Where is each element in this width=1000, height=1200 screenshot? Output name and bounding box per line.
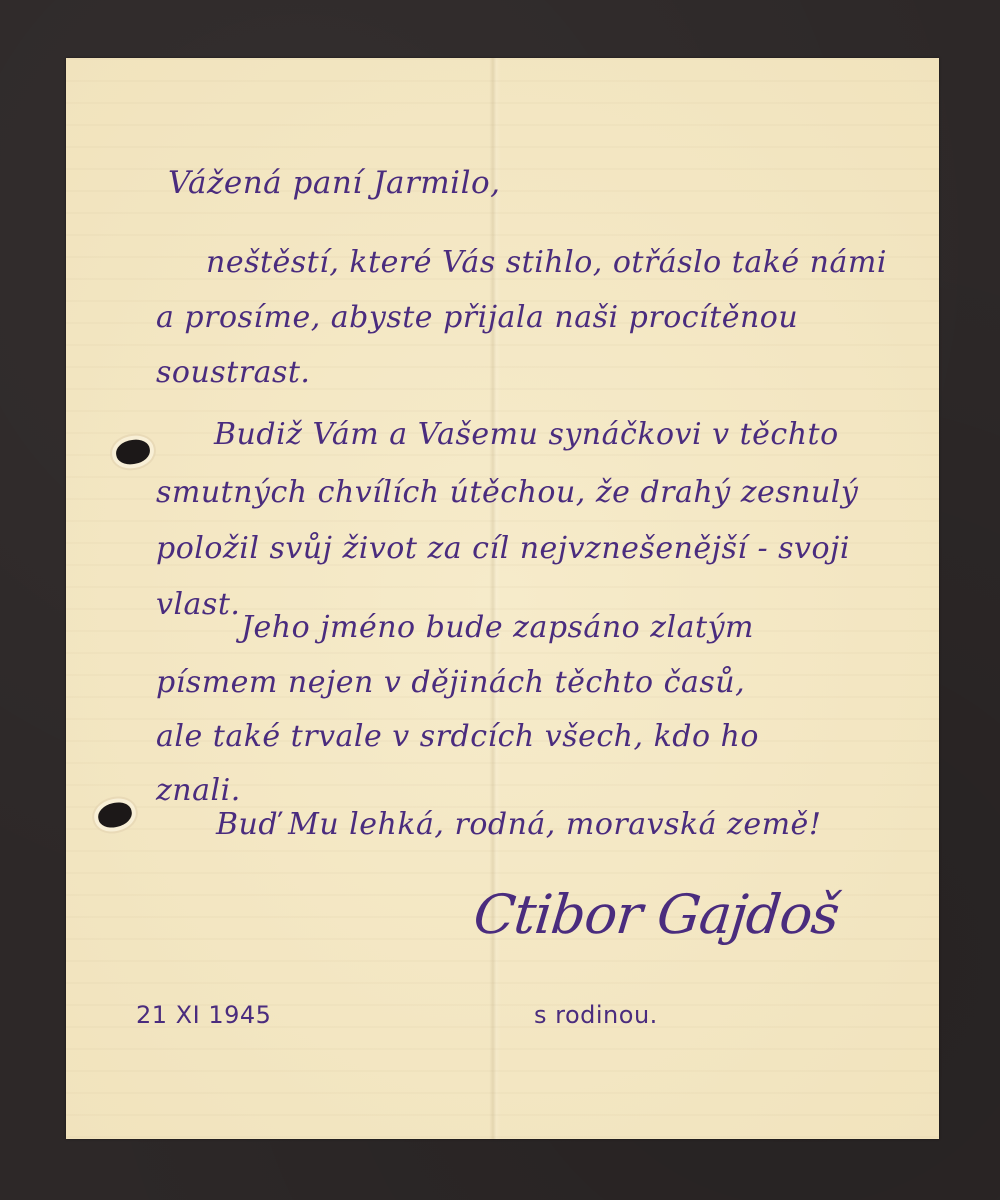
paragraph-3-line-3: ale také trvale v srdcích všech, kdo ho [156, 722, 759, 752]
signature-note: s rodinou. [534, 1003, 658, 1027]
salutation: Vážená paní Jarmilo, [168, 168, 501, 199]
paragraph-3-line-2: písmem nejen v dějinách těchto časů, [156, 668, 745, 698]
paragraph-1-line-3: soustrast. [156, 358, 310, 388]
paragraph-3-line-1: Jeho jméno bude zapsáno zlatým [241, 613, 754, 643]
closing-line: Buď Mu lehká, rodná, moravská země! [216, 810, 821, 840]
signature: Ctibor Gajdoš [471, 888, 841, 942]
paragraph-1-line-1: neštěstí, které Vás stihlo, otřáslo také… [206, 248, 887, 278]
paragraph-2-line-2: smutných chvílích útěchou, že drahý zesn… [156, 478, 858, 508]
letter-date: 21 XI 1945 [136, 1003, 271, 1027]
paragraph-2-line-3: položil svůj život za cíl nejvznešenější… [156, 534, 850, 564]
punch-hole-bottom [96, 800, 134, 831]
paragraph-2-line-4: vlast. [156, 590, 240, 620]
punch-hole-top [114, 438, 151, 466]
letter-paper: Vážená paní Jarmilo, neštěstí, které Vás… [66, 58, 939, 1139]
paragraph-2-line-1: Budiž Vám a Vašemu synáčkovi v těchto [214, 420, 839, 450]
paragraph-3-line-4: znali. [156, 776, 241, 806]
paragraph-1-line-2: a prosíme, abyste přijala naši procítěno… [156, 303, 798, 333]
